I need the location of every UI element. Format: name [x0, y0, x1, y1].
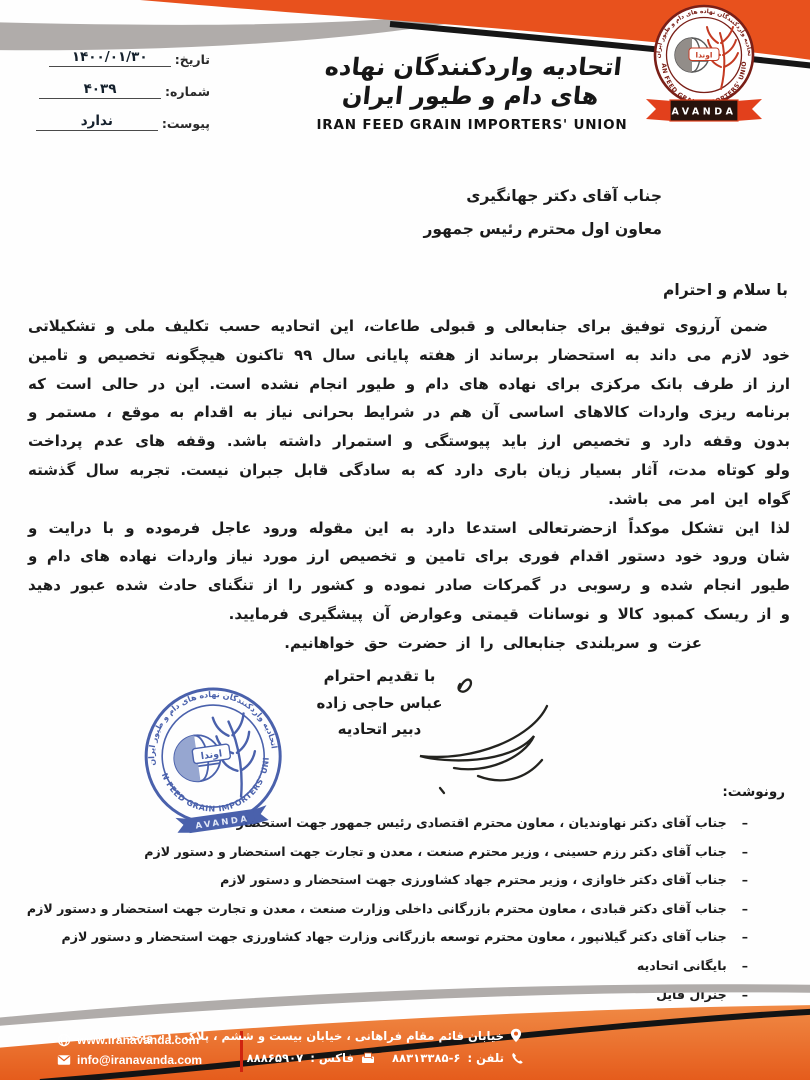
cc-item-text: جناب آقای دکتر قبادی ، معاون محترم بازرگ…	[27, 895, 727, 924]
cc-item: – جناب آقای دکتر گیلانپور ، معاون محترم …	[55, 923, 748, 952]
footer-phones-row: تلفن : ۸۸۳۱۳۳۸۵-۶ فاکس : ۸۸۸۶۵۹۰۷	[252, 1051, 524, 1065]
number-line: ۴۰۳۹	[39, 78, 161, 99]
email-row: info@iranavanda.com	[57, 1050, 202, 1070]
cc-dash: –	[742, 895, 748, 924]
meta-date-row: تاریخ: ۱۴۰۰/۰۱/۳۰	[10, 46, 210, 67]
signatory-title: دبیر اتحادیه	[292, 716, 467, 743]
attachment-label: پیوست:	[162, 116, 210, 131]
phone-value: ۸۸۳۱۳۳۸۵-۶	[392, 1051, 461, 1065]
location-pin-icon	[510, 1028, 522, 1043]
letter-body: ضمن آرزوی توفیق برای جنابعالی و قبولی طا…	[28, 312, 790, 658]
globe-icon	[57, 1033, 71, 1047]
logo-ribbon-label: AVANDA	[672, 107, 737, 118]
union-logo: اتحادیه واردکنندگان نهاده های دام و طیور…	[628, 3, 780, 125]
letter-page: اتحادیه واردکنندگان نهاده های دام و طیور…	[0, 0, 810, 1080]
cc-item: – جناب آقای دکتر قبادی ، معاون محترم باز…	[55, 895, 748, 924]
cc-dash: –	[742, 923, 748, 952]
number-value: ۴۰۳۹	[84, 81, 117, 97]
cc-dash: –	[742, 866, 748, 895]
cc-dash: –	[742, 809, 748, 838]
logo-center-label: اوندا	[696, 51, 713, 60]
date-label: تاریخ:	[175, 52, 210, 67]
attachment-value: ندارد	[81, 113, 113, 129]
phone-label: تلفن :	[467, 1051, 504, 1065]
signatory-name: عباس حاجی زاده	[292, 690, 467, 717]
closing-line: عزت و سربلندی جنابعالی را از حضرت حق خوا…	[28, 629, 790, 658]
cc-item-text: جناب آقای دکتر گیلانپور ، معاون محترم تو…	[62, 923, 727, 952]
number-label: شماره:	[165, 84, 210, 99]
email-link[interactable]: info@iranavanda.com	[77, 1053, 202, 1067]
footer-address-row: خیابان قائم مقام فراهانی ، خیابان بیست و…	[250, 1028, 522, 1043]
org-name-fa: اتحادیه واردکنندگان نهاده های دام و طیور…	[299, 52, 645, 110]
paragraph-1: ضمن آرزوی توفیق برای جنابعالی و قبولی طا…	[28, 312, 790, 514]
cc-dash: –	[742, 838, 748, 867]
date-value: ۱۴۰۰/۰۱/۳۰	[72, 49, 148, 65]
fax-icon	[361, 1052, 375, 1065]
paragraph-2: لذا این تشکل موکداً ازحضرتعالی استدعا دا…	[28, 514, 790, 629]
cc-item-text: جناب آقای دکتر خاوازی ، وزیر محترم جهاد …	[220, 866, 727, 895]
recipient-block: جناب آقای دکتر جهانگیری معاون اول محترم …	[423, 180, 662, 246]
recipient-name: جناب آقای دکتر جهانگیری	[423, 180, 662, 213]
logo-ribbon: AVANDA	[646, 99, 762, 121]
cc-item-text: جناب آقای دکتر نهاوندیان ، معاون محترم ا…	[237, 809, 727, 838]
mail-icon	[57, 1054, 71, 1066]
fax-value: ۸۸۸۶۵۹۰۷	[247, 1051, 304, 1065]
footer-address-text: خیابان قائم مقام فراهانی ، خیابان بیست و…	[109, 1029, 504, 1043]
salutation: با سلام و احترام	[663, 281, 788, 299]
recipient-title: معاون اول محترم رئیس جمهور	[423, 213, 662, 246]
letter-meta: تاریخ: ۱۴۰۰/۰۱/۳۰ شماره: ۴۰۳۹ پیوست: ندا…	[10, 46, 210, 142]
union-stamp: اتحادیه واردکنندگان نهاده های دام و طیور…	[128, 672, 301, 852]
cc-item: – جناب آقای دکتر خاوازی ، وزیر محترم جها…	[55, 866, 748, 895]
meta-number-row: شماره: ۴۰۳۹	[10, 78, 210, 99]
signature-regards: با تقدیم احترام	[292, 663, 467, 690]
phone-icon	[511, 1052, 524, 1065]
date-line: ۱۴۰۰/۰۱/۳۰	[49, 46, 171, 67]
meta-attachment-row: پیوست: ندارد	[10, 110, 210, 131]
fax-label: فاکس :	[310, 1051, 354, 1065]
org-title-block: اتحادیه واردکنندگان نهاده های دام و طیور…	[302, 52, 642, 133]
cc-item-text: جناب آقای دکتر رزم حسینی ، وزیر محترم صن…	[144, 838, 726, 867]
signature-block: با تقدیم احترام عباس حاجی زاده دبیر اتحا…	[292, 663, 467, 743]
attachment-line: ندارد	[36, 110, 158, 131]
org-name-en: IRAN FEED GRAIN IMPORTERS' UNION	[302, 117, 642, 133]
